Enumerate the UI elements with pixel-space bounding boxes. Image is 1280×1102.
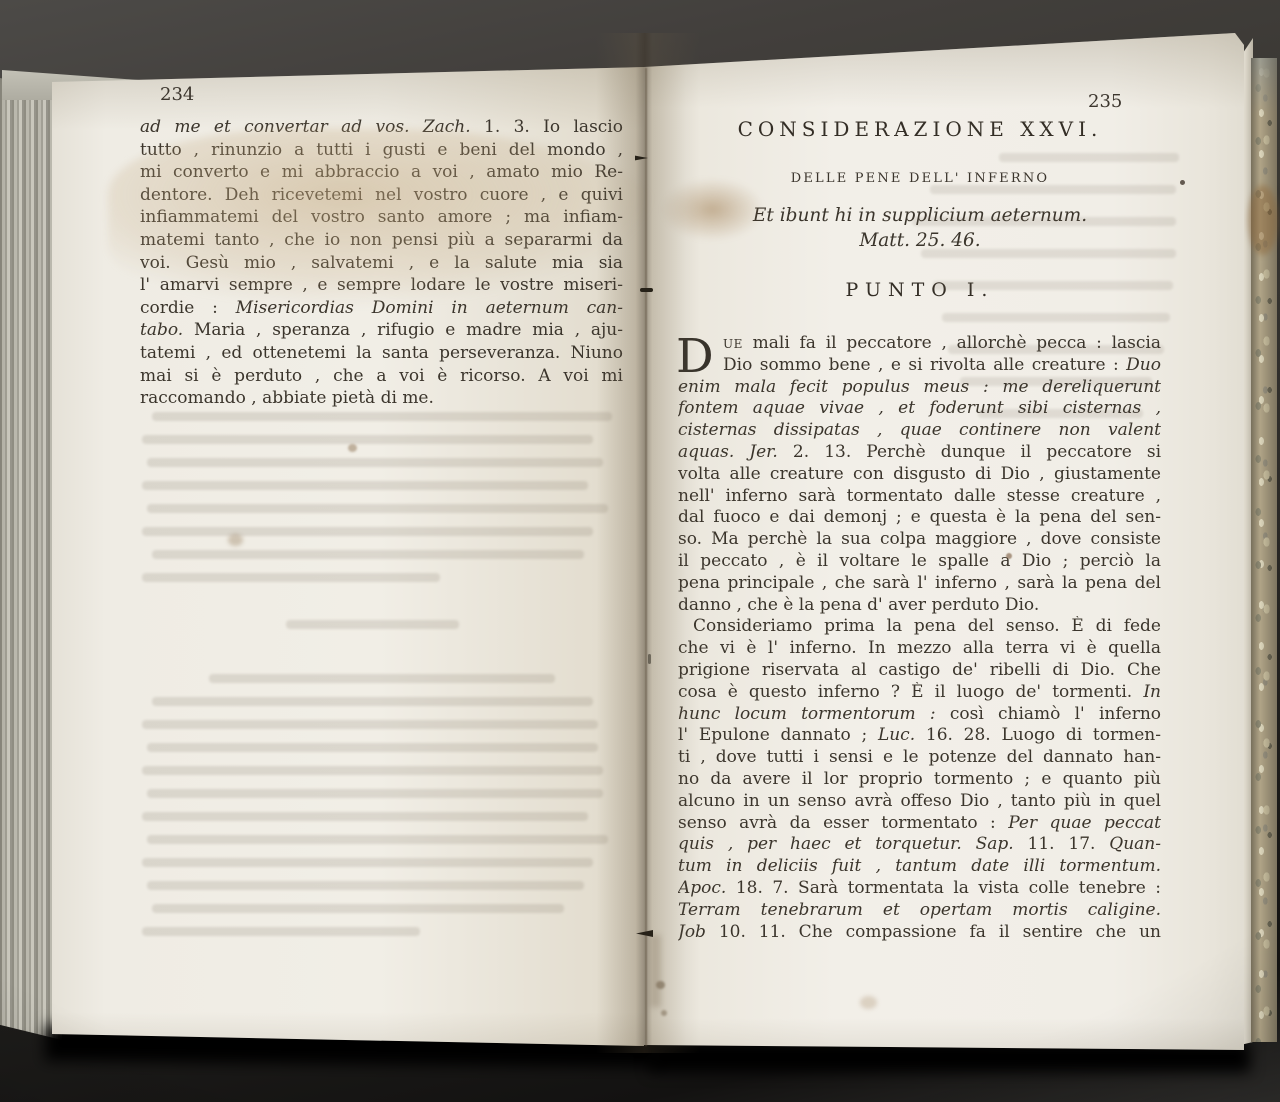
cover-edge-stain — [1248, 185, 1278, 255]
gutter-smudge — [650, 935, 661, 1007]
drop-cap: D — [676, 336, 714, 378]
page-number-right: 235 — [1088, 91, 1122, 112]
paper-speck — [860, 996, 877, 1009]
chapter-heading: CONSIDERAZIONE XXVI. — [680, 117, 1160, 141]
paper-speck — [661, 1010, 667, 1016]
bleedthrough-text-block — [142, 674, 622, 950]
binding-stitch — [640, 288, 653, 292]
binding-stitch — [648, 654, 651, 664]
binding-crease — [645, 68, 647, 1046]
paper-speck — [1006, 553, 1012, 559]
paper-speck — [228, 534, 243, 546]
bleedthrough-heading — [142, 620, 622, 643]
bleedthrough-text-block — [142, 412, 622, 596]
book-photo-scene: 234 ad me et convertar ad vos. Zach. 1. … — [0, 0, 1280, 1102]
gutter-stain — [655, 178, 770, 248]
paper-speck — [1180, 180, 1185, 185]
page-number-left: 234 — [160, 84, 194, 105]
paper-speck — [348, 444, 357, 452]
right-page-text: D UE mali fa il peccatore , allorchè pec… — [678, 333, 1161, 943]
